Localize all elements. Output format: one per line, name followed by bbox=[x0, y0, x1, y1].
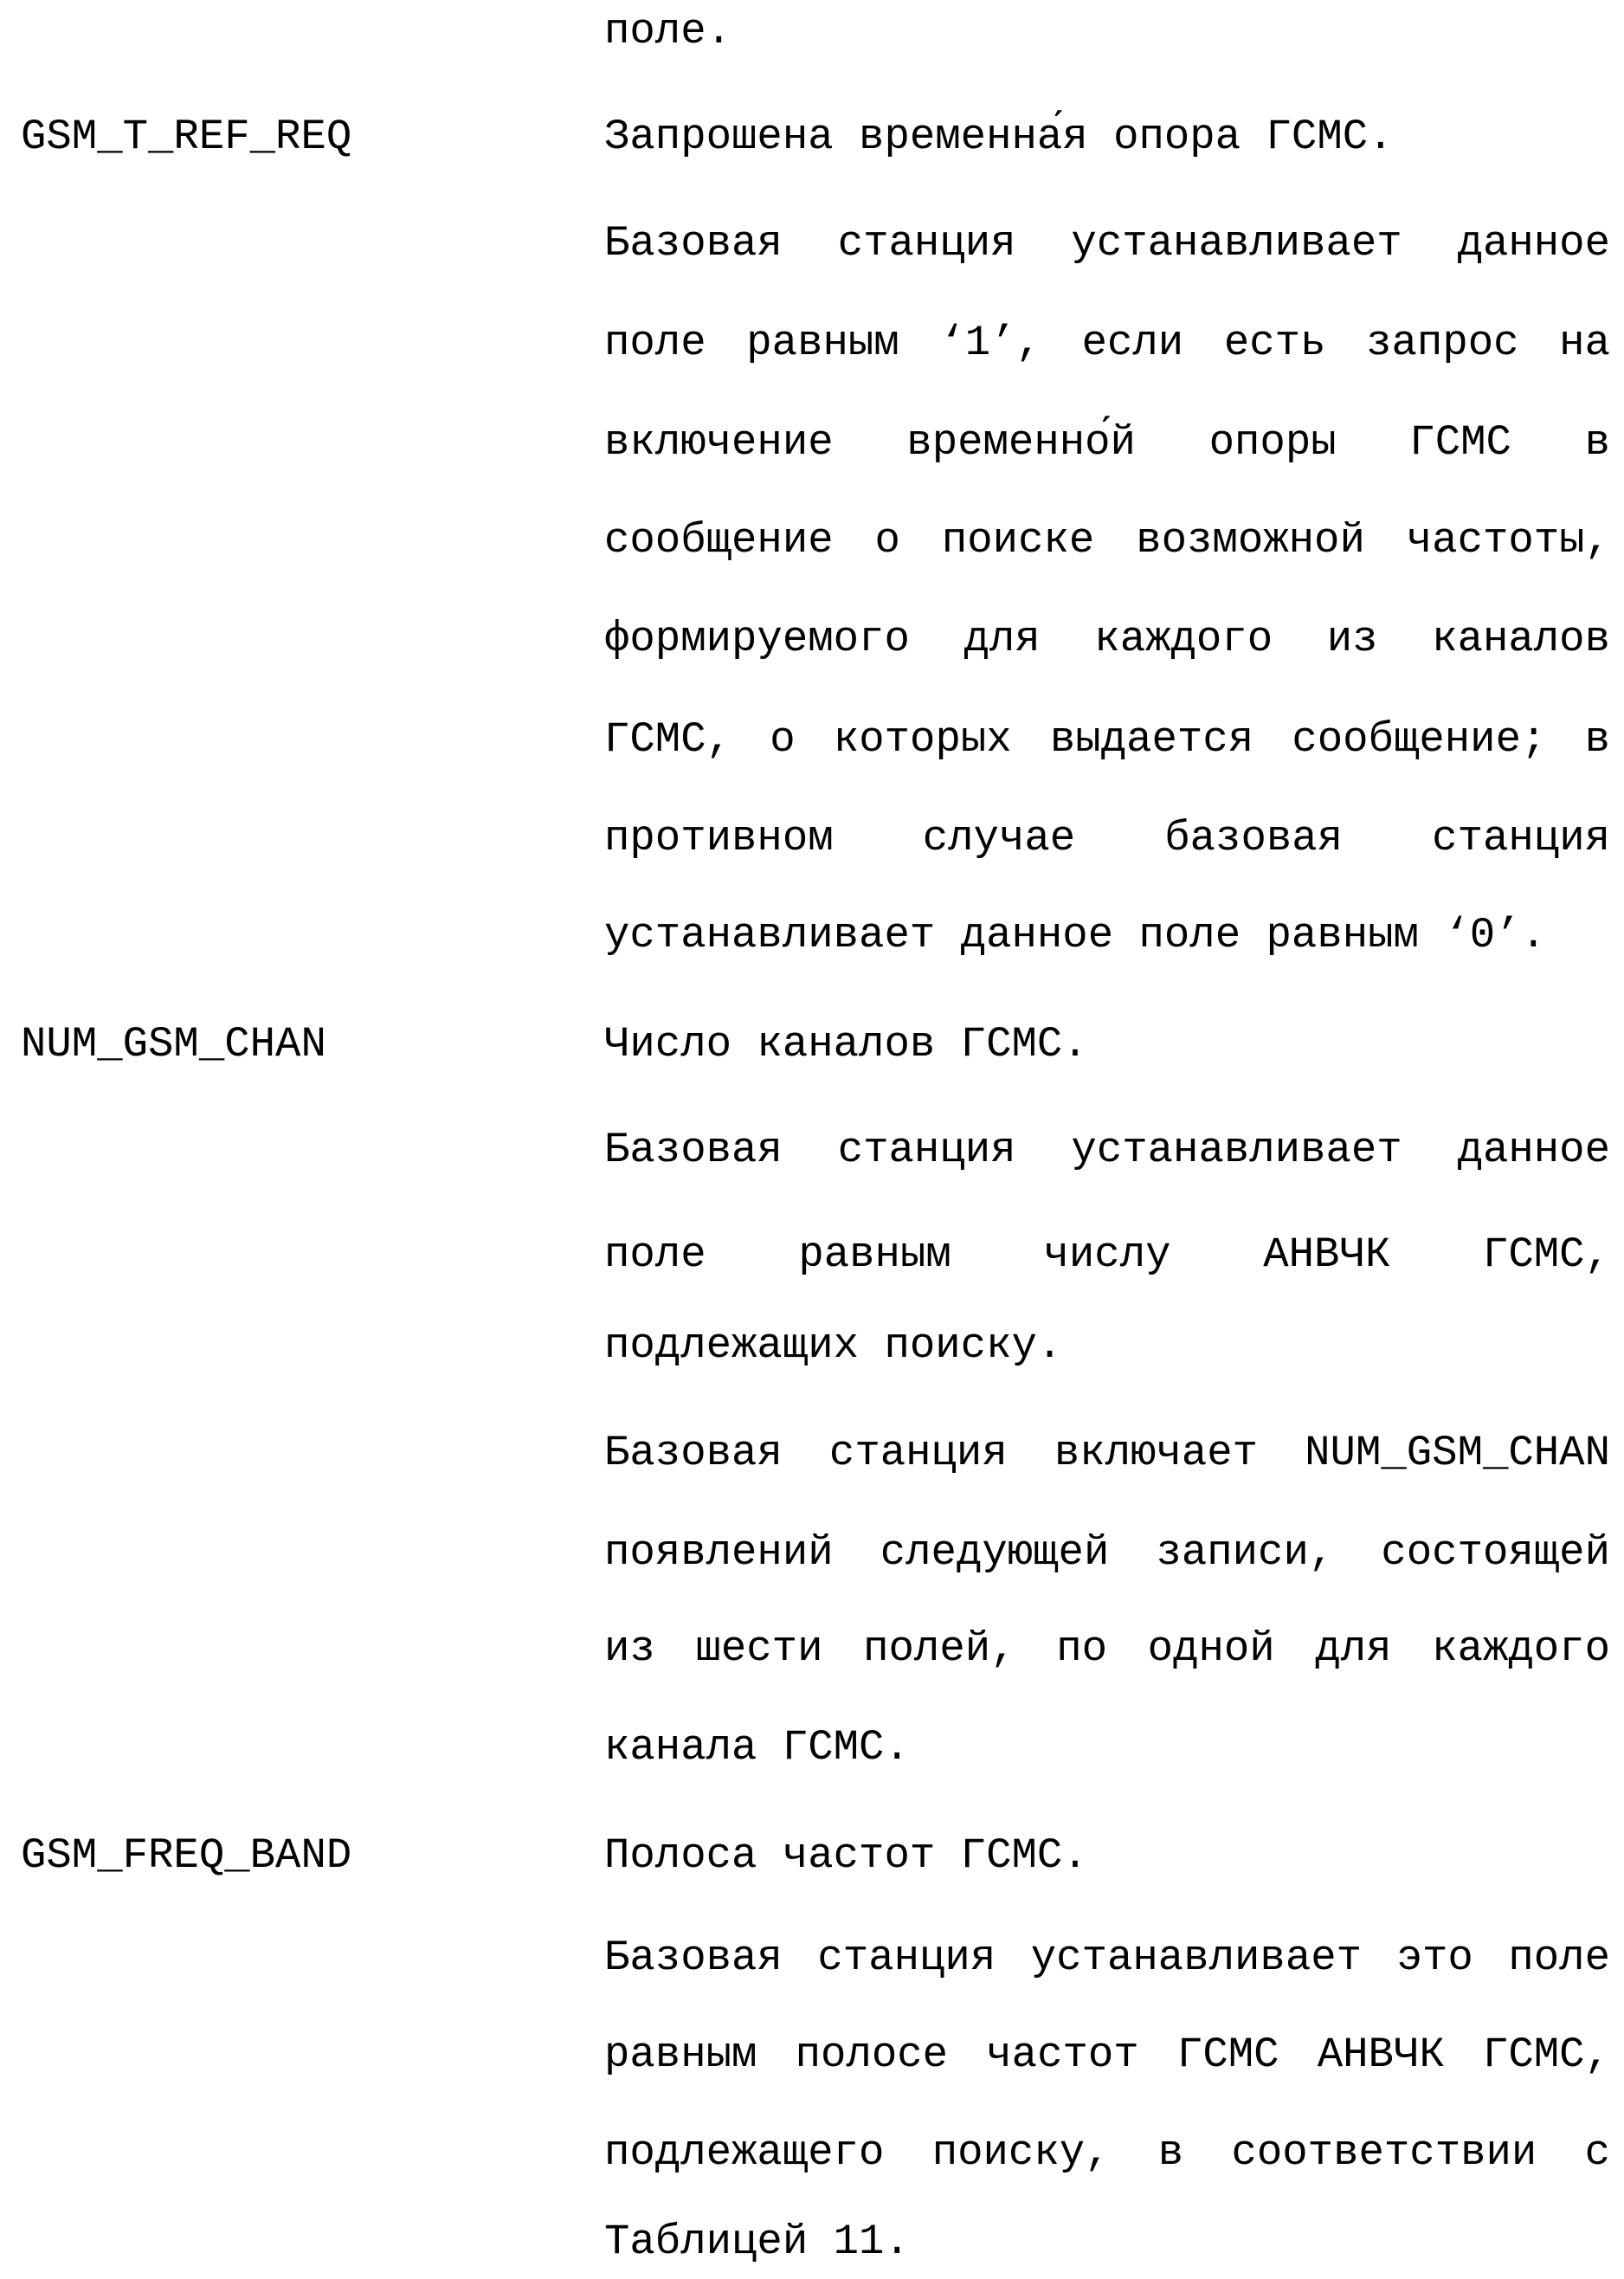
field-desc-line: равным полосе частот ГСМС АНВЧК ГСМС, bbox=[604, 2034, 1610, 2076]
field-desc-line: включение временно́й опоры ГСМС в bbox=[604, 422, 1610, 464]
field-title-gsm-t-ref-req: Запрошена временна́я опора ГСМС. bbox=[604, 116, 1610, 158]
document-page: поле. GSM_T_REF_REQ Запрошена временна́я… bbox=[0, 0, 1624, 2279]
field-desc-line: Базовая станция устанавливает это поле bbox=[604, 1937, 1610, 1979]
field-desc-line: Базовая станция устанавливает данное bbox=[604, 1129, 1610, 1172]
field-name-num-gsm-chan: NUM_GSM_CHAN bbox=[21, 1023, 326, 1066]
field-desc-line: формируемого для каждого из каналов bbox=[604, 618, 1610, 661]
field-desc-line: сообщение о поиске возможной частоты, bbox=[604, 520, 1610, 562]
field-desc-line: канала ГСМС. bbox=[604, 1727, 1610, 1769]
continuation-text: поле. bbox=[604, 10, 1610, 53]
field-name-gsm-freq-band: GSM_FREQ_BAND bbox=[21, 1835, 351, 1877]
field-desc-line: устанавливает данное поле равным ‘0’. bbox=[604, 914, 1610, 957]
field-desc-line: Таблицей 11. bbox=[604, 2221, 1610, 2263]
field-name-gsm-t-ref-req: GSM_T_REF_REQ bbox=[21, 116, 351, 158]
field-desc-line: подлежащих поиску. bbox=[604, 1325, 1610, 1367]
field-desc-line: появлений следующей записи, состоящей bbox=[604, 1532, 1610, 1574]
field-desc-line: Базовая станция устанавливает данное bbox=[604, 223, 1610, 265]
field-desc-line: поле равным ‘1’, если есть запрос на bbox=[604, 322, 1610, 365]
field-title-num-gsm-chan: Число каналов ГСМС. bbox=[604, 1023, 1610, 1066]
field-desc-line: Базовая станция включает NUM_GSM_CHAN bbox=[604, 1432, 1610, 1475]
field-desc-line: поле равным числу АНВЧК ГСМС, bbox=[604, 1234, 1610, 1276]
field-desc-line: противном случае базовая станция bbox=[604, 817, 1610, 860]
field-desc-line: подлежащего поиску, в соответствии с bbox=[604, 2132, 1610, 2174]
field-desc-line: из шести полей, по одной для каждого bbox=[604, 1628, 1610, 1670]
field-desc-line: ГСМС, о которых выдается сообщение; в bbox=[604, 719, 1610, 761]
field-title-gsm-freq-band: Полоса частот ГСМС. bbox=[604, 1835, 1610, 1877]
